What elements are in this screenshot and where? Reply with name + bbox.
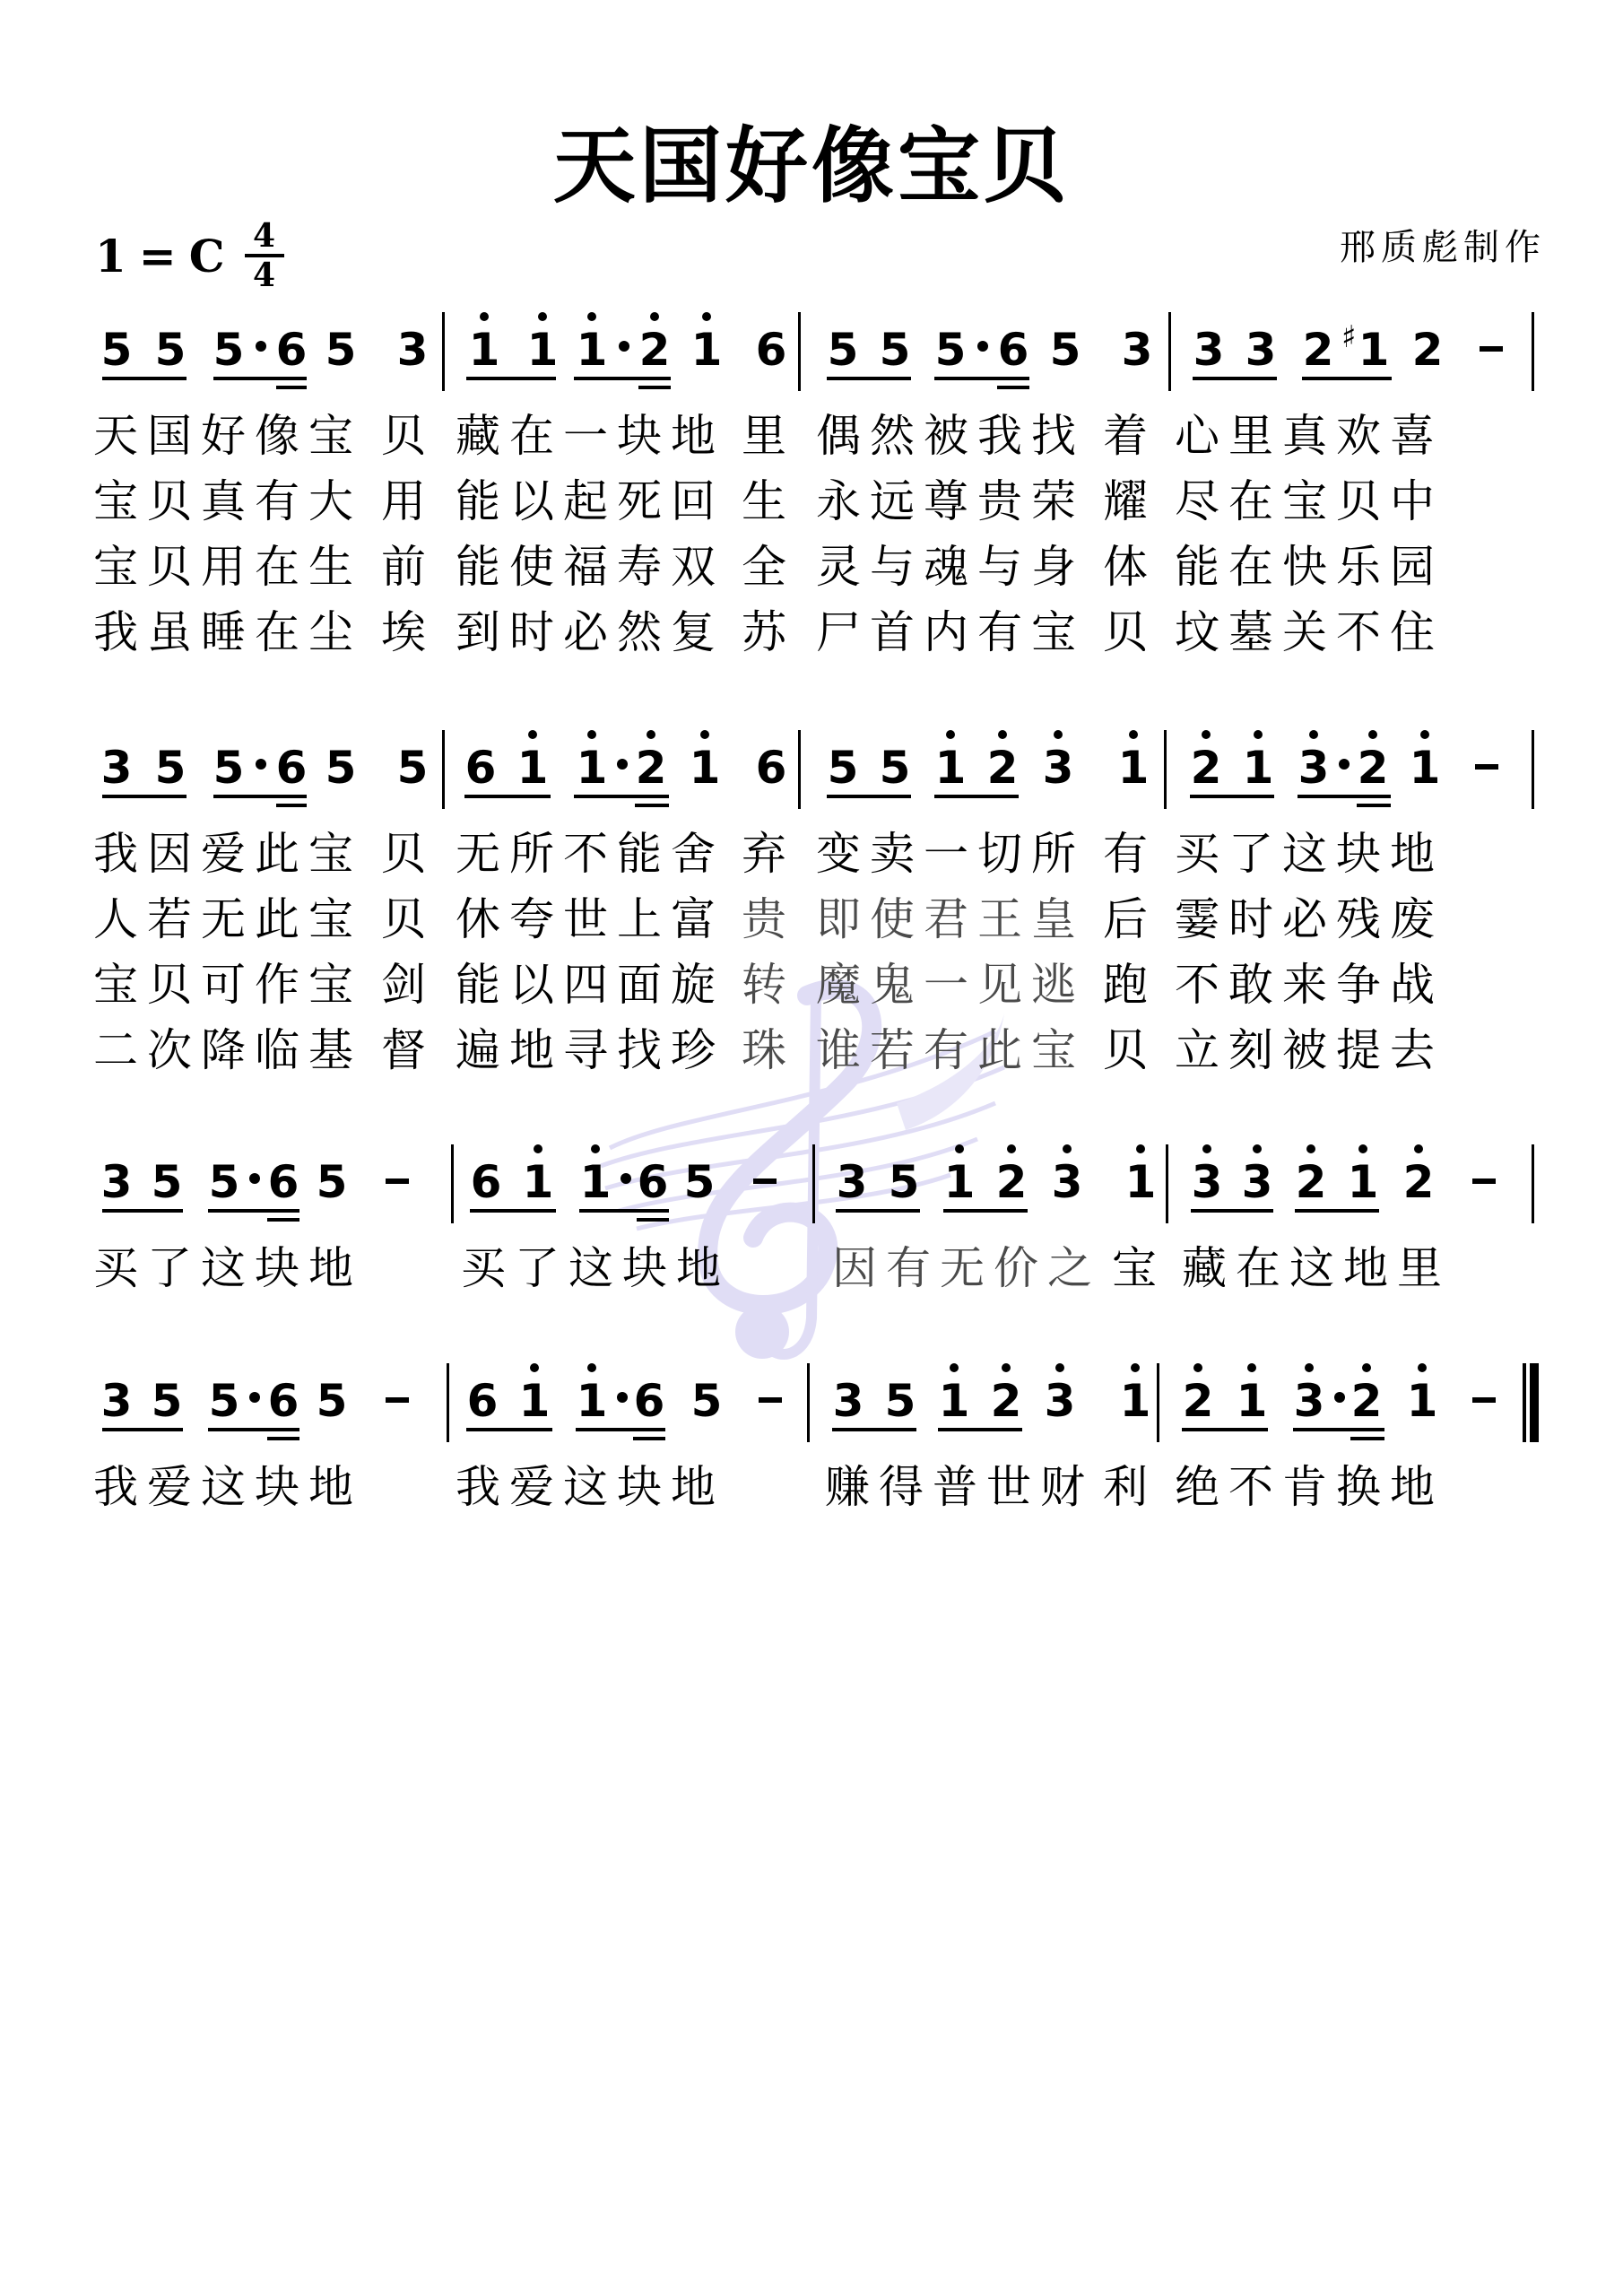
lyric-segment: 尸首内有宝 — [816, 600, 1085, 665]
barline — [798, 730, 801, 809]
note-high: 1 — [516, 1376, 552, 1426]
eighth-beam — [470, 1209, 556, 1213]
lyric-segment: 着 — [1103, 404, 1157, 469]
eighth-beam — [934, 795, 1019, 798]
time-signature: 4 4 — [245, 220, 284, 291]
staff-system-1: 5 5 5 6 5 3 1 1 1 2 — [90, 305, 1542, 665]
note: 5 — [933, 325, 968, 375]
eighth-beam — [466, 377, 556, 380]
eighth-beam — [1293, 1428, 1384, 1431]
lyric-segment: 后 — [1103, 887, 1157, 952]
key-tonic: 1 — [95, 230, 126, 283]
note-high: 2 — [1401, 1157, 1436, 1207]
note-high: 2 — [985, 743, 1020, 793]
lyric-segment: 弃 — [742, 822, 795, 887]
staff-system-3: 3 5 5 6 5 6 1 1 6 5 — [90, 1137, 1542, 1301]
note: 3 — [99, 1376, 135, 1426]
augmentation-dot — [1334, 1392, 1345, 1403]
eighth-beam — [213, 377, 307, 380]
composer-credit: 邢质彪制作 — [1340, 219, 1546, 270]
barline — [812, 1144, 815, 1223]
eighth-beam — [1295, 1209, 1379, 1213]
sixteenth-beam — [267, 1437, 299, 1440]
extension-dash — [1472, 1397, 1496, 1403]
lyric-segment: 贝 — [1103, 600, 1157, 665]
augmentation-dot — [249, 1173, 260, 1184]
note: 6 — [463, 743, 499, 793]
lyric-segment: 立刻被提去 — [1175, 1018, 1444, 1083]
barline — [798, 312, 801, 391]
lyric-segment: 剑 — [381, 952, 435, 1018]
lyric-segment: 能使福寿双 — [456, 535, 725, 600]
measure: 3 3 2 ♯1 2 — [1175, 305, 1533, 395]
key-name: C — [189, 230, 225, 283]
note: 6 — [265, 1376, 301, 1426]
note: 5 — [206, 1157, 242, 1207]
lyric-verse-1: 天国好像宝 贝 藏在一块地 里 偶然被我找 着 心里真欢喜 — [90, 404, 1542, 469]
lyric-segment: 灵与魂与身 — [816, 535, 1085, 600]
lyric-segment: 宝贝用在生 — [93, 535, 362, 600]
lyric-segment: 能以四面旋 — [456, 952, 725, 1018]
note-high: 3 — [1049, 1157, 1085, 1207]
notation-row: 5 5 5 6 5 3 1 1 1 2 — [90, 305, 1542, 404]
note-high: 1 — [687, 743, 723, 793]
lyric-segment: 跑 — [1103, 952, 1157, 1018]
lyric-verse-2: 人若无此宝 贝 休夸世上富 贵 即使君王皇 后 霎时必残废 — [90, 887, 1542, 952]
note-high: 3 — [1040, 743, 1076, 793]
note: 3 — [99, 743, 135, 793]
note: 5 — [877, 325, 913, 375]
lyric-segment: 买了这块地 — [1175, 822, 1444, 887]
note-high: 1 — [520, 1157, 556, 1207]
note-high: 2 — [988, 1376, 1024, 1426]
note-high: 2 — [1349, 1376, 1384, 1426]
augmentation-dot — [1339, 759, 1350, 770]
note-high: 1 — [1404, 1376, 1440, 1426]
sixteenth-beam — [638, 386, 671, 389]
measure: 2 1 3 2 1 — [1170, 723, 1533, 813]
note-high: 1 — [574, 1376, 610, 1426]
measure: 6 1 1 6 5 — [452, 1356, 811, 1446]
extension-dash — [753, 1178, 777, 1184]
sixteenth-beam — [637, 1218, 669, 1222]
lyric-verse-2: 宝贝真有大 用 能以起死回 生 永远尊贵荣 耀 尽在宝贝中 — [90, 469, 1542, 535]
lyric-segment: 全 — [742, 535, 795, 600]
barline — [451, 1144, 454, 1223]
note: 3 — [1119, 325, 1155, 375]
note: 5 — [323, 743, 359, 793]
lyric-segment: 埃 — [381, 600, 435, 665]
eighth-beam — [1191, 1209, 1273, 1213]
note-high: 1 — [689, 325, 725, 375]
sixteenth-beam — [276, 386, 307, 389]
lyric-segment: 宝贝可作宝 — [93, 952, 362, 1018]
song-title: 天国好像宝贝 — [0, 100, 1623, 219]
eighth-beam — [208, 1209, 299, 1213]
final-barline-thin — [1523, 1363, 1526, 1442]
lyric-segment: 坟墓关不住 — [1175, 600, 1444, 665]
sixteenth-beam — [1350, 1437, 1384, 1440]
final-barline-thick — [1530, 1363, 1539, 1442]
lyric-segment: 督 — [381, 1018, 435, 1083]
eighth-beam — [574, 377, 671, 380]
note: 6 — [273, 743, 309, 793]
key-equals: = — [139, 230, 177, 283]
lyric-segment: 变卖一切所 — [816, 822, 1085, 887]
notation-row: 3 5 5 6 5 6 1 1 6 5 — [90, 1356, 1542, 1455]
barline — [1532, 312, 1534, 391]
eighth-beam — [827, 795, 911, 798]
note: 5 — [886, 1157, 922, 1207]
note: 6 — [265, 1157, 301, 1207]
note: 5 — [825, 325, 861, 375]
extension-dash — [386, 1397, 409, 1403]
note: 3 — [395, 325, 430, 375]
lyric-segment: 我爱这块地 — [456, 1455, 725, 1520]
note: 6 — [464, 1376, 500, 1426]
lyric-segment: 天国好像宝 — [93, 404, 362, 469]
lyric-segment: 能以起死回 — [456, 469, 725, 535]
lyric-segment: 生 — [742, 469, 795, 535]
note: 6 — [631, 1376, 667, 1426]
lyric-verse-3: 宝贝用在生 前 能使福寿双 全 灵与魂与身 体 能在快乐园 — [90, 535, 1542, 600]
note: 5 — [152, 325, 188, 375]
eighth-beam — [466, 1428, 552, 1431]
eighth-beam — [1302, 377, 1392, 380]
lyric-segment: 二次降临基 — [93, 1018, 362, 1083]
lyric-segment: 用 — [381, 469, 435, 535]
extension-dash — [759, 1397, 782, 1403]
note-high: 2 — [994, 1157, 1029, 1207]
lyric-segment: 尽在宝贝中 — [1175, 469, 1444, 535]
lyric-segment: 遍地寻找珍 — [456, 1018, 725, 1083]
extension-dash — [1475, 764, 1498, 770]
eighth-beam — [943, 1209, 1028, 1213]
barline — [807, 1363, 810, 1442]
note: 5 — [395, 743, 430, 793]
measure: 5 5 5 6 5 3 — [807, 305, 1157, 395]
lyric-segment: 宝贝真有大 — [93, 469, 362, 535]
note: 5 — [149, 1376, 185, 1426]
note: 6 — [468, 1157, 504, 1207]
note-sharp: ♯1 — [1356, 325, 1392, 375]
lyric-segment: 贝 — [381, 822, 435, 887]
augmentation-dot — [617, 759, 628, 770]
lyric-segment: 藏在一块地 — [456, 404, 725, 469]
lyrics-block: 天国好像宝 贝 藏在一块地 里 偶然被我找 着 心里真欢喜 宝贝真有大 用 能以… — [90, 404, 1542, 665]
sixteenth-beam — [267, 1218, 299, 1222]
note-high: 1 — [1234, 1376, 1270, 1426]
eighth-beam — [827, 377, 911, 380]
lyric-segment: 能在快乐园 — [1175, 535, 1444, 600]
lyrics-block: 我爱这块地 我爱这块地 赚得普世财 利 绝不肯换地 — [90, 1455, 1542, 1520]
note-high: 1 — [1117, 1376, 1153, 1426]
notation-row: 3 5 5 6 5 6 1 1 6 5 — [90, 1137, 1542, 1236]
measure: 2 1 3 2 1 — [1162, 1356, 1524, 1446]
lyric-verse-4: 二次降临基 督 遍地寻找珍 珠 谁若有此宝 贝 立刻被提去 — [90, 1018, 1542, 1083]
augmentation-dot — [619, 341, 629, 352]
lyric-segment: 魔鬼一见逃 — [816, 952, 1085, 1018]
barline — [1164, 730, 1167, 809]
eighth-beam — [934, 377, 1029, 380]
lyric-segment: 耀 — [1103, 469, 1157, 535]
note-high: 1 — [574, 325, 610, 375]
note-high: 1 — [525, 325, 560, 375]
barline — [1532, 730, 1534, 809]
barline — [1157, 1363, 1159, 1442]
sixteenth-beam — [997, 386, 1029, 389]
lyrics-block: 我因爱此宝 贝 无所不能舍 弃 变卖一切所 有 买了这块地 人若无此宝 贝 休夸… — [90, 822, 1542, 1083]
lyric-segment: 谁若有此宝 — [816, 1018, 1085, 1083]
extension-dash — [386, 1178, 409, 1184]
measure: 5 5 5 6 5 3 — [90, 305, 430, 395]
lyric-segment: 买了这块地 — [461, 1236, 730, 1301]
note: 2 — [1300, 325, 1336, 375]
eighth-beam — [579, 1209, 669, 1213]
lyric-segment: 珠 — [742, 1018, 795, 1083]
staff-system-4: 3 5 5 6 5 6 1 1 6 5 — [90, 1356, 1542, 1520]
eighth-beam — [102, 1209, 183, 1213]
note-high: 2 — [637, 325, 673, 375]
eighth-beam — [1298, 795, 1391, 798]
lyric-segment: 里 — [742, 404, 795, 469]
lyric-chorus: 买了这块地 买了这块地 因有无价之 宝 藏在这地里 — [90, 1236, 1542, 1301]
eighth-beam — [1190, 795, 1274, 798]
eighth-beam — [832, 1428, 916, 1431]
note: 5 — [1047, 325, 1083, 375]
lyric-segment: 有 — [1103, 822, 1157, 887]
time-denominator: 4 — [253, 259, 275, 291]
measure: 6 1 1 2 1 6 — [448, 723, 807, 813]
note-high: 3 — [1042, 1376, 1078, 1426]
note: 5 — [689, 1376, 725, 1426]
lyric-segment: 人若无此宝 — [93, 887, 362, 952]
note: 5 — [681, 1157, 717, 1207]
note: 5 — [882, 1376, 918, 1426]
lyric-segment: 我爱这块地 — [93, 1455, 362, 1520]
note: 3 — [1243, 325, 1279, 375]
note-high: 3 — [1296, 743, 1332, 793]
note: 5 — [211, 325, 247, 375]
lyric-segment: 赚得普世财 — [825, 1455, 1094, 1520]
lyric-segment: 偶然被我找 — [816, 404, 1085, 469]
note-high: 1 — [1123, 1157, 1159, 1207]
augmentation-dot — [621, 1173, 631, 1184]
measure: 3 5 5 6 5 — [90, 1356, 448, 1446]
eighth-beam — [1182, 1428, 1268, 1431]
measure: 3 5 5 6 5 5 — [90, 723, 430, 813]
lyric-segment: 即使君王皇 — [816, 887, 1085, 952]
note: 5 — [825, 743, 861, 793]
eighth-beam — [576, 1428, 665, 1431]
note: 6 — [273, 325, 309, 375]
sixteenth-beam — [633, 1437, 665, 1440]
note: 5 — [314, 1376, 350, 1426]
lyric-segment: 因有无价之 — [832, 1236, 1101, 1301]
measure: 3 3 2 1 2 — [1171, 1137, 1533, 1227]
augmentation-dot — [617, 1392, 628, 1403]
note: 2 — [1410, 325, 1445, 375]
extension-dash — [1472, 1178, 1496, 1184]
eighth-beam — [208, 1428, 299, 1431]
barline — [442, 312, 445, 391]
note-high: 1 — [577, 1157, 613, 1207]
note: 6 — [995, 325, 1031, 375]
note: 6 — [635, 1157, 671, 1207]
eighth-beam — [836, 1209, 920, 1213]
sixteenth-beam — [1357, 804, 1391, 807]
lyric-segment: 永远尊贵荣 — [816, 469, 1085, 535]
score-page: 天国好像宝贝 1 = C 4 4 邢质彪制作 5 5 — [0, 0, 1623, 2296]
lyric-segment: 体 — [1103, 535, 1157, 600]
measure: 3 5 1 2 3 1 — [812, 1356, 1162, 1446]
note-high: 1 — [1407, 743, 1443, 793]
note: 5 — [314, 1157, 350, 1207]
augmentation-dot — [256, 759, 266, 770]
lyric-segment: 不敢来争战 — [1175, 952, 1444, 1018]
note: 5 — [149, 1157, 185, 1207]
barline — [1532, 1144, 1534, 1223]
barline — [447, 1363, 449, 1442]
notation-row: 3 5 5 6 5 5 6 1 1 2 1 — [90, 723, 1542, 822]
lyric-segment: 贝 — [1103, 1018, 1157, 1083]
measure: 5 5 1 2 3 1 — [807, 723, 1166, 813]
lyric-verse-3: 宝贝可作宝 剑 能以四面旋 转 魔鬼一见逃 跑 不敢来争战 — [90, 952, 1542, 1018]
note-high: 1 — [1345, 1157, 1381, 1207]
note: 3 — [834, 1157, 870, 1207]
note: 5 — [99, 325, 135, 375]
note: 5 — [211, 743, 247, 793]
note-high: 1 — [933, 743, 968, 793]
lyric-segment: 贝 — [381, 887, 435, 952]
lyric-segment: 休夸世上富 — [456, 887, 725, 952]
augmentation-dot — [977, 341, 988, 352]
sixteenth-beam — [276, 804, 307, 807]
lyric-segment: 霎时必残废 — [1175, 887, 1444, 952]
lyric-segment: 转 — [742, 952, 795, 1018]
note: 5 — [206, 1376, 242, 1426]
lyric-verse-4: 我虽睡在尘 埃 到时必然复 苏 尸首内有宝 贝 坟墓关不住 — [90, 600, 1542, 665]
eighth-beam — [102, 377, 187, 380]
lyric-segment: 宝 — [1112, 1236, 1166, 1301]
note-high: 3 — [1239, 1157, 1275, 1207]
note: 5 — [323, 325, 359, 375]
eighth-beam — [938, 1428, 1022, 1431]
note: 5 — [152, 743, 188, 793]
barline — [442, 730, 445, 809]
note-high: 1 — [574, 743, 610, 793]
note: 6 — [753, 743, 789, 793]
note: 6 — [753, 325, 789, 375]
lyric-segment: 到时必然复 — [456, 600, 725, 665]
note-high: 2 — [1293, 1157, 1329, 1207]
note-high: 1 — [466, 325, 502, 375]
eighth-beam — [213, 795, 307, 798]
measure: 6 1 1 6 5 — [457, 1137, 816, 1227]
eighth-beam — [464, 795, 551, 798]
measure: 3 5 5 6 5 — [90, 1137, 448, 1227]
note-high: 2 — [1188, 743, 1224, 793]
note-high: 2 — [1355, 743, 1391, 793]
key-signature: 1 = C 4 4 — [95, 215, 284, 296]
note-high: 1 — [942, 1157, 977, 1207]
sixteenth-beam — [635, 804, 669, 807]
eighth-beam — [1193, 377, 1277, 380]
augmentation-dot — [256, 341, 266, 352]
lyric-segment: 贵 — [742, 887, 795, 952]
lyric-ending: 我爱这块地 我爱这块地 赚得普世财 利 绝不肯换地 — [90, 1455, 1542, 1520]
note: 3 — [1191, 325, 1227, 375]
time-numerator: 4 — [253, 220, 275, 252]
note-high: 3 — [1291, 1376, 1327, 1426]
sharp-icon: ♯ — [1341, 312, 1356, 362]
staff-system-2: 3 5 5 6 5 5 6 1 1 2 1 — [90, 723, 1542, 1083]
note: 5 — [877, 743, 913, 793]
lyric-segment: 心里真欢喜 — [1175, 404, 1444, 469]
barline — [1166, 1144, 1168, 1223]
lyric-segment: 无所不能舍 — [456, 822, 725, 887]
measure: 3 5 1 2 3 1 — [818, 1137, 1167, 1227]
note-high: 1 — [936, 1376, 972, 1426]
lyric-segment: 苏 — [742, 600, 795, 665]
note-high: 2 — [633, 743, 669, 793]
note-high: 1 — [1115, 743, 1151, 793]
lyric-segment: 藏在这地里 — [1182, 1236, 1451, 1301]
eighth-beam — [102, 795, 187, 798]
note: 3 — [830, 1376, 866, 1426]
lyrics-block: 买了这块地 买了这块地 因有无价之 宝 藏在这地里 — [90, 1236, 1542, 1301]
lyric-segment: 前 — [381, 535, 435, 600]
note-high: 1 — [515, 743, 551, 793]
eighth-beam — [574, 795, 669, 798]
lyric-segment: 买了这块地 — [93, 1236, 362, 1301]
note-high: 2 — [1180, 1376, 1216, 1426]
note-high: 1 — [1240, 743, 1276, 793]
note-high: 3 — [1189, 1157, 1225, 1207]
lyric-segment: 我因爱此宝 — [93, 822, 362, 887]
extension-dash — [1480, 346, 1503, 352]
lyric-segment: 贝 — [381, 404, 435, 469]
lyric-segment: 利 — [1103, 1455, 1157, 1520]
lyric-segment: 我虽睡在尘 — [93, 600, 362, 665]
eighth-beam — [102, 1428, 183, 1431]
note: 3 — [99, 1157, 135, 1207]
lyric-verse-1: 我因爱此宝 贝 无所不能舍 弃 变卖一切所 有 买了这块地 — [90, 822, 1542, 887]
lyric-segment: 绝不肯换地 — [1175, 1455, 1444, 1520]
barline — [1168, 312, 1171, 391]
augmentation-dot — [249, 1392, 260, 1403]
